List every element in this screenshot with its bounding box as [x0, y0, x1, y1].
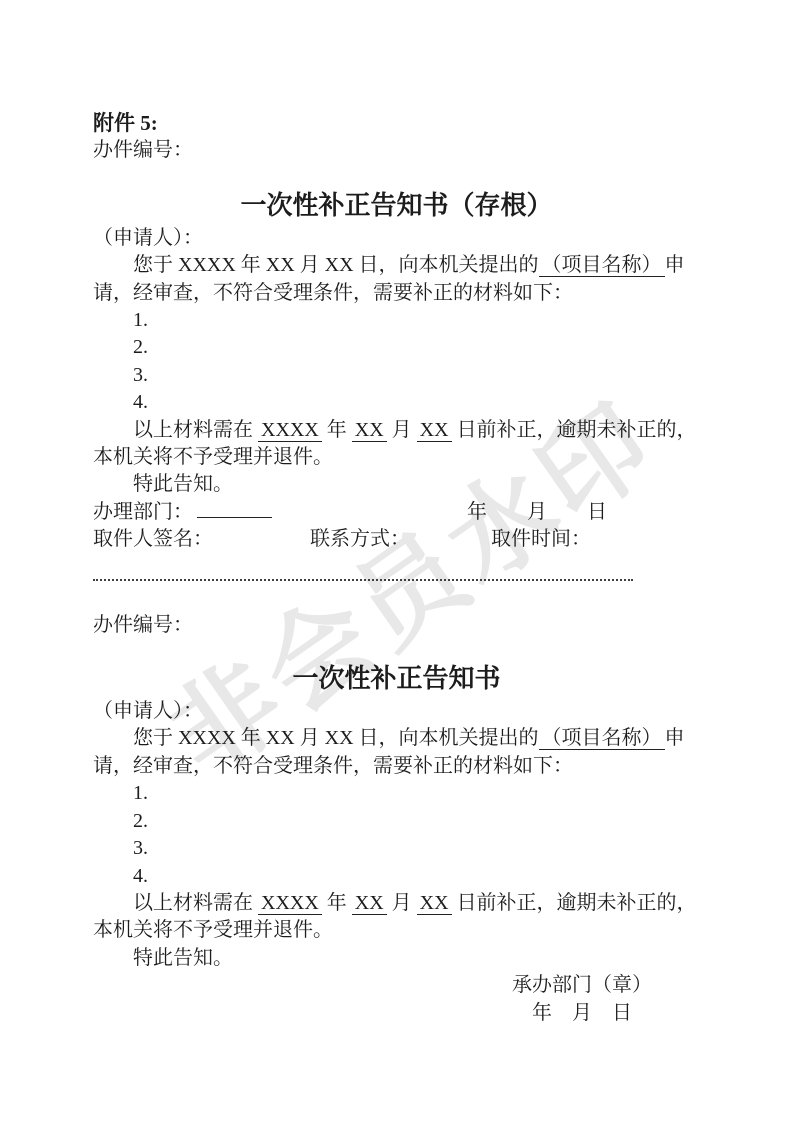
stub-intro-text-before: 您于 XXXX 年 XX 月 XX 日，向本机关提出的 — [133, 254, 539, 276]
copy-deadline-month-blank: XX — [352, 892, 387, 915]
stub-list-item-2: 2. — [93, 334, 700, 361]
copy-title: 一次性补正告知书 — [93, 661, 700, 695]
stub-list-item-1: 1. — [93, 307, 700, 334]
stub-title: 一次性补正告知书（存根） — [93, 188, 700, 222]
stub-dept-label: 办理部门： — [93, 501, 193, 523]
copy-intro-paragraph: 您于 XXXX 年 XX 月 XX 日，向本机关提出的（项目名称）申请，经审查，… — [93, 725, 700, 780]
stub-list-item-3: 3. — [93, 362, 700, 389]
copy-list-item-2: 2. — [93, 808, 700, 835]
copy-deadline-p1: 以上材料需在 — [133, 892, 258, 914]
stub-deadline-year-blank: XXXX — [258, 419, 322, 442]
stub-applicant-label: （申请人）： — [93, 225, 700, 252]
copy-applicant-label: （申请人）： — [93, 698, 700, 725]
copy-list-item-4: 4. — [93, 863, 700, 890]
stub-dept-blank-line — [197, 500, 272, 518]
stub-dept-line: 办理部门：年 月 日 — [93, 499, 700, 526]
stub-deadline-p3: 月 — [387, 419, 417, 441]
stub-project-name-underline: （项目名称） — [539, 254, 665, 277]
stub-notice-line: 特此告知。 — [93, 471, 700, 498]
stub-case-number-label: 办件编号： — [93, 137, 700, 164]
copy-list-item-3: 3. — [93, 835, 700, 862]
stub-list-item-4: 4. — [93, 389, 700, 416]
copy-list-item-1: 1. — [93, 780, 700, 807]
stub-deadline-day-blank: XX — [417, 419, 452, 442]
sign-dept-label: 承办部门（章） — [512, 972, 652, 999]
copy-deadline-p2: 年 — [322, 892, 352, 914]
copy-case-number-label: 办件编号： — [93, 612, 700, 639]
copy-deadline-day-blank: XX — [417, 892, 452, 915]
copy-deadline-year-blank: XXXX — [258, 892, 322, 915]
document-page: 非会员水印 附件 5: 办件编号： 一次性补正告知书（存根） （申请人）： 您于… — [0, 0, 793, 1122]
stub-deadline-p1: 以上材料需在 — [133, 419, 258, 441]
pickup-time-label: 取件时间： — [491, 526, 591, 553]
copy-project-name-underline: （项目名称） — [539, 727, 665, 750]
copy-deadline-p3: 月 — [387, 892, 417, 914]
stub-deadline-p2: 年 — [322, 419, 352, 441]
copy-intro-text-before: 您于 XXXX 年 XX 月 XX 日，向本机关提出的 — [133, 727, 539, 749]
stub-pickup-line: 取件人签名：联系方式：取件时间： — [93, 526, 700, 553]
sign-date-label: 年 月 日 — [532, 1000, 632, 1027]
copy-deadline-paragraph: 以上材料需在 XXXX 年 XX 月 XX 日前补正，逾期未补正的，本机关将不予… — [93, 890, 700, 945]
stub-deadline-paragraph: 以上材料需在 XXXX 年 XX 月 XX 日前补正，逾期未补正的，本机关将不予… — [93, 417, 700, 472]
contact-label: 联系方式： — [310, 526, 410, 553]
stub-intro-paragraph: 您于 XXXX 年 XX 月 XX 日，向本机关提出的（项目名称）申请，经审查，… — [93, 252, 700, 307]
dotted-separator — [93, 579, 633, 581]
copy-sign-date-line: 年 月 日 — [93, 1000, 700, 1027]
copy-notice-line: 特此告知。 — [93, 945, 700, 972]
copy-sign-dept-line: 承办部门（章） — [93, 972, 700, 999]
attachment-label: 附件 5: — [93, 110, 700, 137]
document-content: 附件 5: 办件编号： 一次性补正告知书（存根） （申请人）： 您于 XXXX … — [93, 110, 700, 1027]
stub-deadline-month-blank: XX — [352, 419, 387, 442]
pickup-sign-label: 取件人签名： — [93, 526, 213, 553]
stub-date-line: 年 月 日 — [467, 499, 607, 526]
